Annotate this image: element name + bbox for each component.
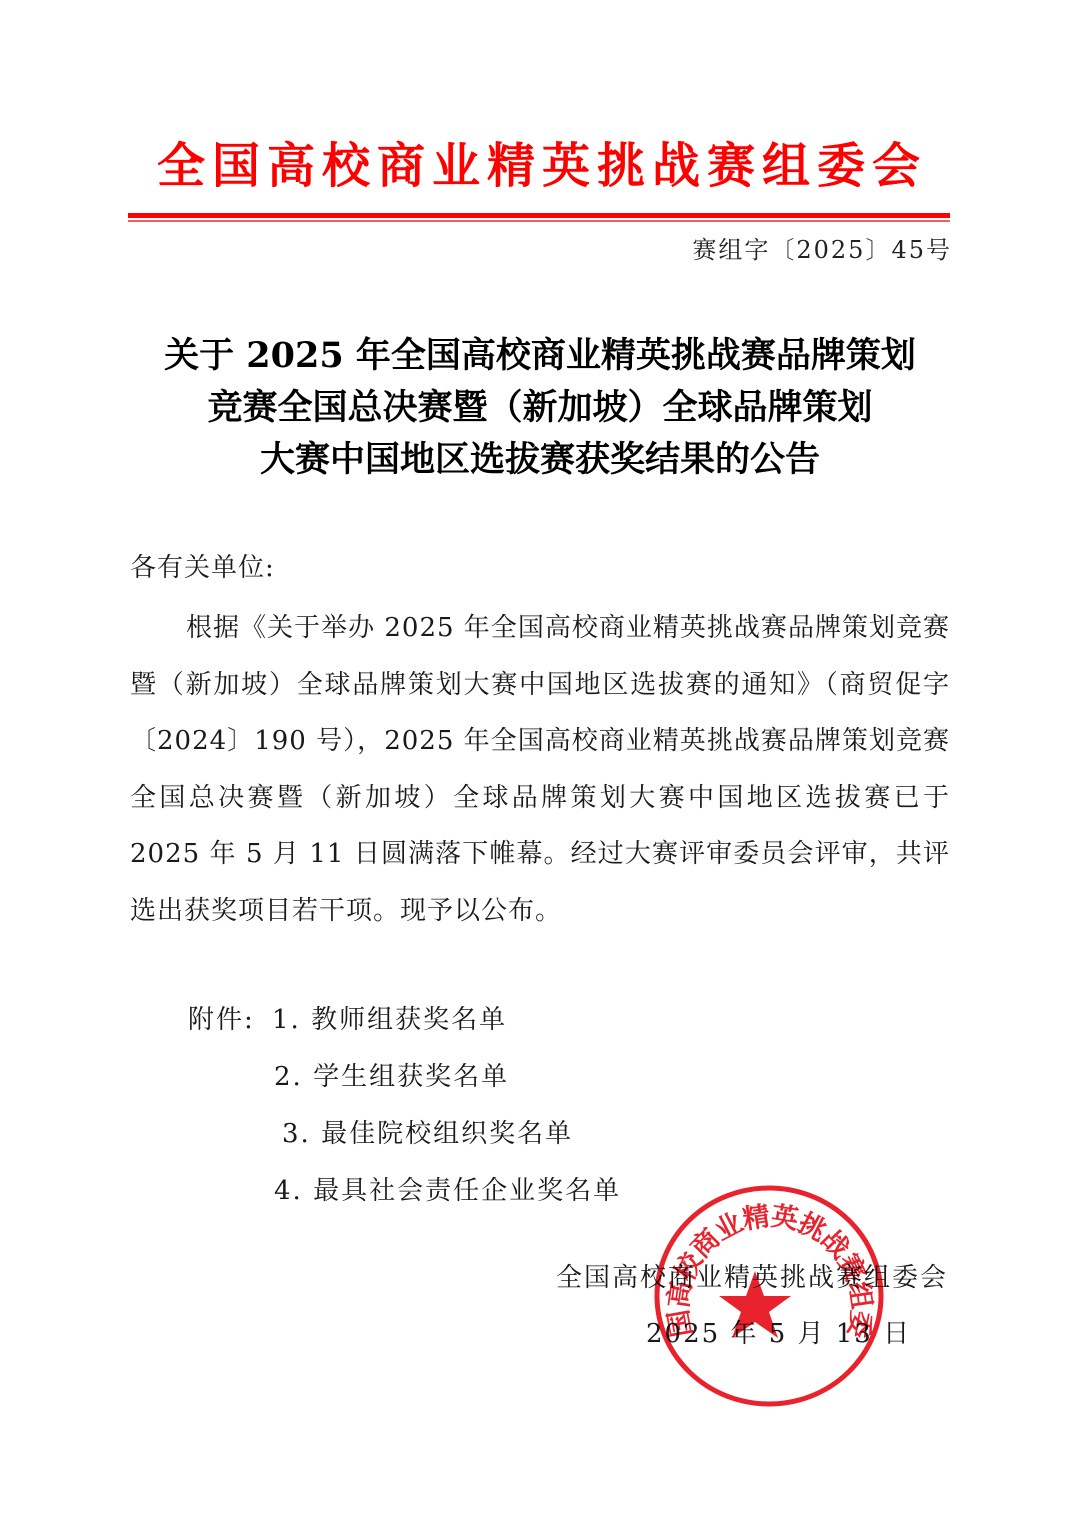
issuing-organization-header: 全国高校商业精英挑战赛组委会 <box>124 134 960 198</box>
attachment-item-3: 3. 最佳院校组织奖名单 <box>282 1114 573 1154</box>
attachments-label: 附件: <box>188 1000 255 1040</box>
red-divider-line-thin <box>128 220 950 222</box>
attachment-item-4: 4. 最具社会责任企业奖名单 <box>274 1171 621 1211</box>
title-line-3: 大赛中国地区选拔赛获奖结果的公告 <box>120 434 960 486</box>
attachment-item-2: 2. 学生组获奖名单 <box>274 1057 509 1097</box>
document-number: 赛组字〔2025〕45号 <box>692 232 952 268</box>
signature-date: 2025 年 5 月 13 日 <box>646 1314 911 1354</box>
document-title: 关于 2025 年全国高校商业精英挑战赛品牌策划 竞赛全国总决赛暨（新加坡）全球… <box>120 330 960 486</box>
title-line-1: 关于 2025 年全国高校商业精英挑战赛品牌策划 <box>120 330 960 382</box>
red-divider-line <box>128 213 950 218</box>
body-paragraph: 根据《关于举办 2025 年全国高校商业精英挑战赛品牌策划竞赛暨（新加坡）全球品… <box>130 600 950 939</box>
title-line-2: 竞赛全国总决赛暨（新加坡）全球品牌策划 <box>120 382 960 434</box>
signature-organization: 全国高校商业精英挑战赛组委会 <box>556 1258 948 1298</box>
salutation: 各有关单位: <box>130 548 950 588</box>
attachment-item-1: 1. 教师组获奖名单 <box>272 1000 507 1040</box>
document-page: 全国高校商业精英挑战赛组委会 赛组字〔2025〕45号 关于 2025 年全国高… <box>0 0 1080 1528</box>
